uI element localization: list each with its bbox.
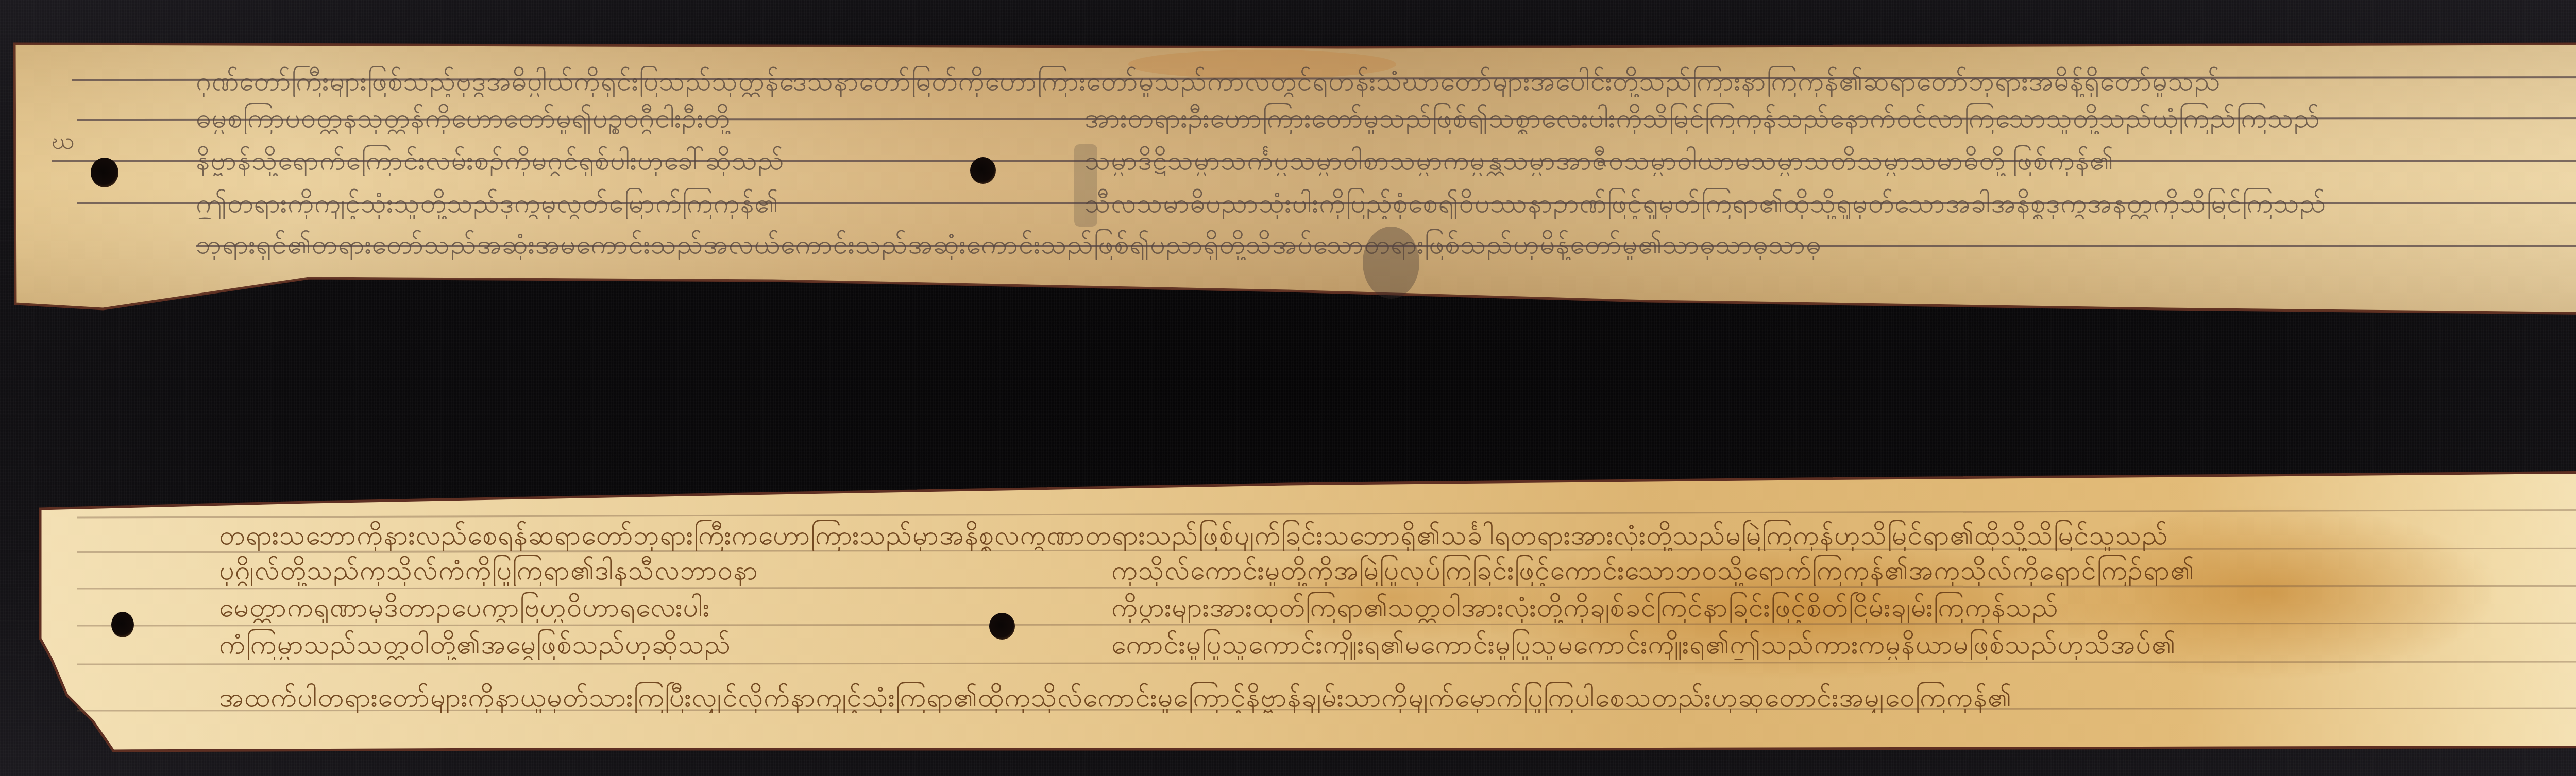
text-line: နိဗ္ဗာန်သို့ရောက်ကြောင်းလမ်းစဉ်ကိုမဂ္ဂင်… [196,145,907,176]
string-hole-left [111,612,134,637]
text-line: ကုသိုလ်ကောင်းမှုတို့ကိုအမြဲပြုလုပ်ကြခြင်… [1111,555,2569,586]
text-line: အားတရားဦးဟောကြားတော်မူသည်ဖြစ်၍သစ္စာလေးပါ… [1084,103,2576,134]
palm-leaf-manuscript-top: ဃ ဂုဏ်တော်ကြီးများဖြစ်သည့်ဗုဒ္ဓအဓိပ္ပါယ်… [0,0,2576,330]
text-line: အထက်ပါတရားတော်များကိုနာယူမှတ်သားကြပြီးလျ… [219,682,2568,713]
text-line: ဘုရားရှင်၏တရားတော်သည်အဆုံးအမကောင်းသည်အလယ… [196,229,2576,260]
text-line: သီလသမာဓိပညာသုံးပါးကိုပြည့်စုံစေ၍ဝိပဿနာဉာ… [1084,188,2576,219]
palm-leaf-manuscript-bottom: တရားသဘောကိုနားလည်စေရန်ဆရာတော်ဘုရားကြီးကဟ… [0,453,2576,762]
text-line: ကံကြမ္မာသည်သတ္တဝါတို့၏အမွေဖြစ်သည်ဟုဆိုသည… [219,629,925,660]
text-line: ပုဂ္ဂိုလ်တို့သည်ကုသိုလ်ကံကိုပြုကြရာ၏ဒါနသ… [219,555,925,586]
text-line: သမ္မာဒိဋ္ဌိသမ္မာသင်္ကပ္ပသမ္မာဝါစာသမ္မာကမ… [1084,145,2576,176]
string-hole-center [989,613,1015,640]
text-line: တရားသဘောကိုနားလည်စေရန်ဆရာတော်ဘုရားကြီးကဟ… [219,520,2568,551]
marginal-folio-numeral: ဃ [52,126,75,161]
text-line: ဓမ္မစကြာပဝတ္တနသုတ္တန်ကိုဟောတော်မူ၍ပဉ္စဝဂ… [196,103,907,134]
text-line: ဂုဏ်တော်ကြီးများဖြစ်သည့်ဗုဒ္ဓအဓိပ္ပါယ်ကိ… [196,66,2576,97]
string-hole-left [91,158,118,187]
text-line: မေတ္တာကရုဏာမုဒိတာဥပေက္ခာဗြဟ္မဝိဟာရလေးပါး [219,592,925,623]
text-line: ကိုပွားများအားထုတ်ကြရာ၏သတ္တဝါအားလုံးတို့… [1111,592,2569,623]
text-line: ကောင်းမှုပြုသူကောင်းကျိုးရ၏မကောင်းမှုပြု… [1111,629,2569,660]
text-line: ဤတရားကိုကျင့်သုံးသူတို့သည်ဒုက္ခမှလွတ်မြေ… [196,188,907,219]
string-hole-center [970,157,996,184]
